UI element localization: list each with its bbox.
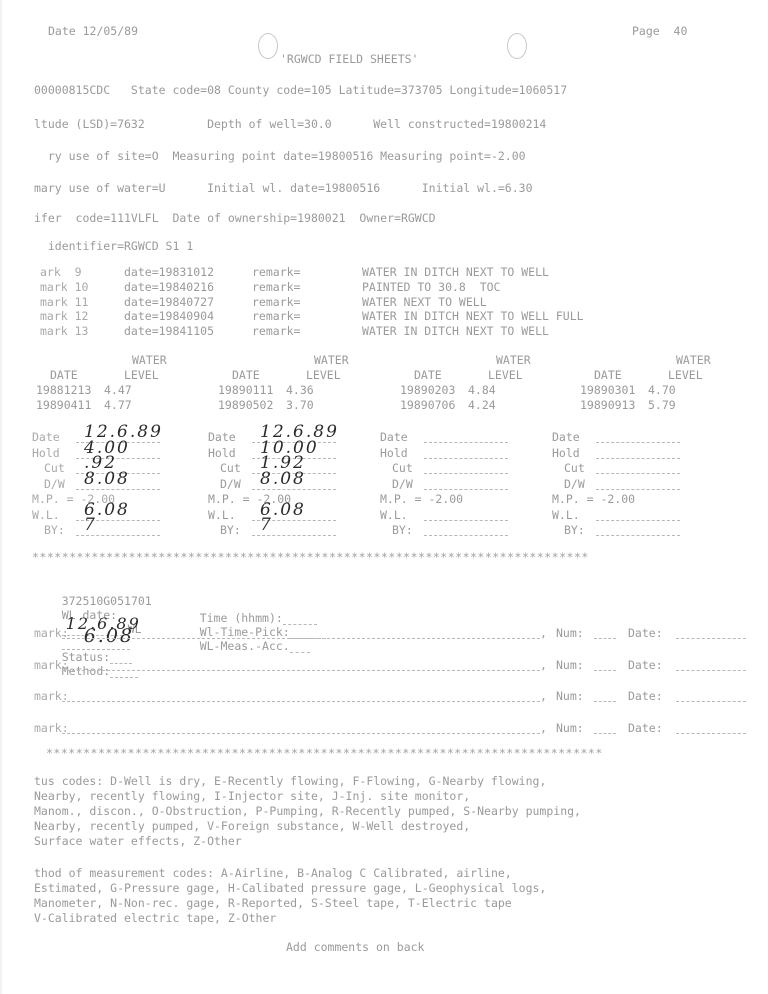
num-field[interactable]: [594, 721, 616, 734]
remark-label: mark 13: [40, 324, 88, 338]
wl-label: W.L.: [208, 508, 236, 522]
hold-field[interactable]: [424, 446, 508, 459]
num-label: Num:: [556, 626, 584, 640]
date-field[interactable]: [424, 430, 508, 443]
wl-date-cell: 19890913: [580, 398, 635, 412]
remark-line-field[interactable]: [62, 626, 540, 639]
date-label: Date: [208, 430, 236, 444]
site-info-line-1: 00000815CDC State code=08 County code=10…: [34, 83, 567, 97]
footer-note: Add comments on back: [286, 940, 424, 954]
method-code-line: V-Calibrated electric tape, Z-Other: [34, 911, 276, 925]
header-water: WATER: [314, 353, 349, 367]
wl-date-cell: 19890111: [218, 383, 273, 397]
separator-bottom: ****************************************…: [46, 746, 603, 760]
cut-label: Cut: [392, 461, 413, 475]
remark-date: date=19840727: [124, 295, 214, 309]
hold-label: Hold: [380, 446, 408, 460]
remark-key: remark=: [252, 309, 300, 323]
remark-key: remark=: [252, 324, 300, 338]
status-code-line: Surface water effects, Z-Other: [34, 834, 242, 848]
num-label: Num:: [556, 721, 584, 735]
date-label: Date:: [628, 689, 663, 703]
wl-field[interactable]: [424, 508, 508, 521]
remark-line-comma: ,: [540, 658, 547, 672]
wl-label: W.L.: [32, 508, 60, 522]
dw-label: D/W: [392, 477, 413, 491]
num-field[interactable]: [594, 626, 616, 639]
wl-level-cell: 4.70: [648, 383, 676, 397]
site-info-line-3: ry use of site=O Measuring point date=19…: [34, 149, 526, 163]
method-code-line: Estimated, G-Pressure gage, H-Calibated …: [34, 881, 546, 895]
num-label: Num:: [556, 658, 584, 672]
date-field[interactable]: [676, 658, 746, 671]
by-field[interactable]: 7: [76, 523, 160, 536]
num-field[interactable]: [594, 689, 616, 702]
remark-line-field[interactable]: [62, 689, 540, 702]
wl-level-cell: 4.77: [104, 398, 132, 412]
method-code-line: thod of measurement codes: A-Airline, B-…: [34, 866, 512, 880]
wl-date-cell: 19890706: [400, 398, 455, 412]
wl-date-cell: 19890203: [400, 383, 455, 397]
header-water: WATER: [676, 353, 711, 367]
wl-date-cell: 19890502: [218, 398, 273, 412]
hold-field[interactable]: [596, 446, 680, 459]
time-field[interactable]: [283, 612, 317, 625]
wl-date-cell: 19890301: [580, 383, 635, 397]
header-level: LEVEL: [124, 368, 159, 382]
header-date: DATE: [50, 368, 78, 382]
hold-label: Hold: [552, 446, 580, 460]
date-field[interactable]: [676, 721, 746, 734]
remark-line-field[interactable]: [62, 721, 540, 734]
header-level: LEVEL: [668, 368, 703, 382]
site-info-line-6: identifier=RGWCD S1 1: [34, 239, 193, 253]
date-label: Date: [380, 430, 408, 444]
remark-text: WATER IN DITCH NEXT TO WELL FULL: [362, 309, 584, 323]
wl-level-cell: 3.70: [286, 398, 314, 412]
separator-top: ****************************************…: [32, 550, 589, 564]
date-label: Date: [32, 430, 60, 444]
header-water: WATER: [132, 353, 167, 367]
remark-text: WATER NEXT TO WELL: [362, 295, 487, 309]
header-level: LEVEL: [306, 368, 341, 382]
mp-label: M.P. = -2.00: [380, 492, 463, 506]
wl-level-cell: 4.47: [104, 383, 132, 397]
page-number: Page 40: [632, 24, 687, 38]
by-field[interactable]: [424, 523, 508, 536]
site-info-line-2: ltude (LSD)=7632 Depth of well=30.0 Well…: [34, 117, 546, 131]
remark-line-field[interactable]: [62, 658, 540, 671]
wl-field[interactable]: [596, 508, 680, 521]
remark-text: PAINTED TO 30.8 TOC: [362, 280, 500, 294]
date-field[interactable]: [596, 430, 680, 443]
wl-date-cell: 19890411: [36, 398, 91, 412]
cut-label: Cut: [220, 461, 241, 475]
date-label: Date:: [628, 658, 663, 672]
remark-date: date=19840216: [124, 280, 214, 294]
accuracy-label: WL-Meas.-Acc.: [200, 639, 290, 653]
hold-label: Hold: [208, 446, 236, 460]
scan-edge: [0, 0, 2, 994]
dw-field[interactable]: [596, 477, 680, 490]
status-code-line: Nearby, recently pumped, V-Foreign subst…: [34, 819, 470, 833]
dw-field[interactable]: 8.08: [252, 477, 336, 490]
remark-date: date=19831012: [124, 265, 214, 279]
report-date: Date 12/05/89: [48, 24, 138, 38]
by-field[interactable]: [596, 523, 680, 536]
remark-label: ark 9: [40, 265, 82, 279]
site-info-line-5: ifer code=111VLFL Date of ownership=1980…: [34, 211, 436, 225]
remark-label: mark 10: [40, 280, 88, 294]
num-field[interactable]: [594, 658, 616, 671]
dw-handwritten-value: 8.08: [260, 469, 306, 489]
dw-field[interactable]: 8.08: [76, 477, 160, 490]
by-label: BY:: [44, 523, 65, 537]
remark-line-comma: ,: [540, 721, 547, 735]
date-label: Date:: [628, 626, 663, 640]
date-label: Date: [552, 430, 580, 444]
method-code-line: Manometer, N-Non-rec. gage, R-Reported, …: [34, 896, 512, 910]
time-label: Time (hhmm):: [200, 611, 283, 625]
num-label: Num:: [556, 689, 584, 703]
wl-level-cell: 5.79: [648, 398, 676, 412]
wl-level-cell: 4.84: [468, 383, 496, 397]
site-id: 372510G051701: [62, 594, 152, 608]
header-date: DATE: [414, 368, 442, 382]
wl-level-cell: 4.36: [286, 383, 314, 397]
date-field[interactable]: [676, 626, 746, 639]
remark-line-comma: ,: [540, 626, 547, 640]
header-date: DATE: [594, 368, 622, 382]
cut-field[interactable]: [424, 461, 508, 474]
remark-text: WATER IN DITCH NEXT TO WELL: [362, 265, 549, 279]
by-label: BY:: [220, 523, 241, 537]
dw-label: D/W: [564, 477, 585, 491]
wl-label: W.L.: [380, 508, 408, 522]
header-level: LEVEL: [488, 368, 523, 382]
report-title: 'RGWCD FIELD SHEETS': [280, 52, 418, 66]
remark-label: mark 12: [40, 309, 88, 323]
remark-date: date=19841105: [124, 324, 214, 338]
dw-label: D/W: [44, 477, 65, 491]
by-handwritten-value: 7: [84, 515, 97, 535]
wl-date-cell: 19881213: [36, 383, 91, 397]
by-label: BY:: [392, 523, 413, 537]
header-water: WATER: [496, 353, 531, 367]
site-info-line-4: mary use of water=U Initial wl. date=198…: [34, 181, 533, 195]
header-date: DATE: [232, 368, 260, 382]
date-label: Date:: [628, 721, 663, 735]
remark-key: remark=: [252, 295, 300, 309]
cut-field[interactable]: [596, 461, 680, 474]
accuracy-field[interactable]: [290, 640, 310, 653]
status-code-line: Nearby, recently flowing, I-Injector sit…: [34, 789, 470, 803]
remark-key: remark=: [252, 265, 300, 279]
status-code-line: Manom., discon., O-Obstruction, P-Pumpin…: [34, 804, 581, 818]
dw-label: D/W: [220, 477, 241, 491]
status-code-line: tus codes: D-Well is dry, E-Recently flo…: [34, 774, 546, 788]
date-field[interactable]: [676, 689, 746, 702]
remark-line-comma: ,: [540, 689, 547, 703]
punch-hole-right: [507, 33, 527, 59]
remark-text: WATER IN DITCH NEXT TO WELL: [362, 324, 549, 338]
cut-label: Cut: [44, 461, 65, 475]
hold-label: Hold: [32, 446, 60, 460]
dw-handwritten-value: 8.08: [84, 469, 130, 489]
remark-date: date=19840904: [124, 309, 214, 323]
remark-label: mark 11: [40, 295, 88, 309]
remark-key: remark=: [252, 280, 300, 294]
mp-label: M.P. = -2.00: [552, 492, 635, 506]
dw-field[interactable]: [424, 477, 508, 490]
by-label: BY:: [564, 523, 585, 537]
by-handwritten-value: 7: [260, 515, 273, 535]
wl-label: W.L.: [552, 508, 580, 522]
by-field[interactable]: 7: [252, 523, 336, 536]
wl-level-cell: 4.24: [468, 398, 496, 412]
punch-hole-left: [258, 33, 278, 59]
cut-label: Cut: [564, 461, 585, 475]
